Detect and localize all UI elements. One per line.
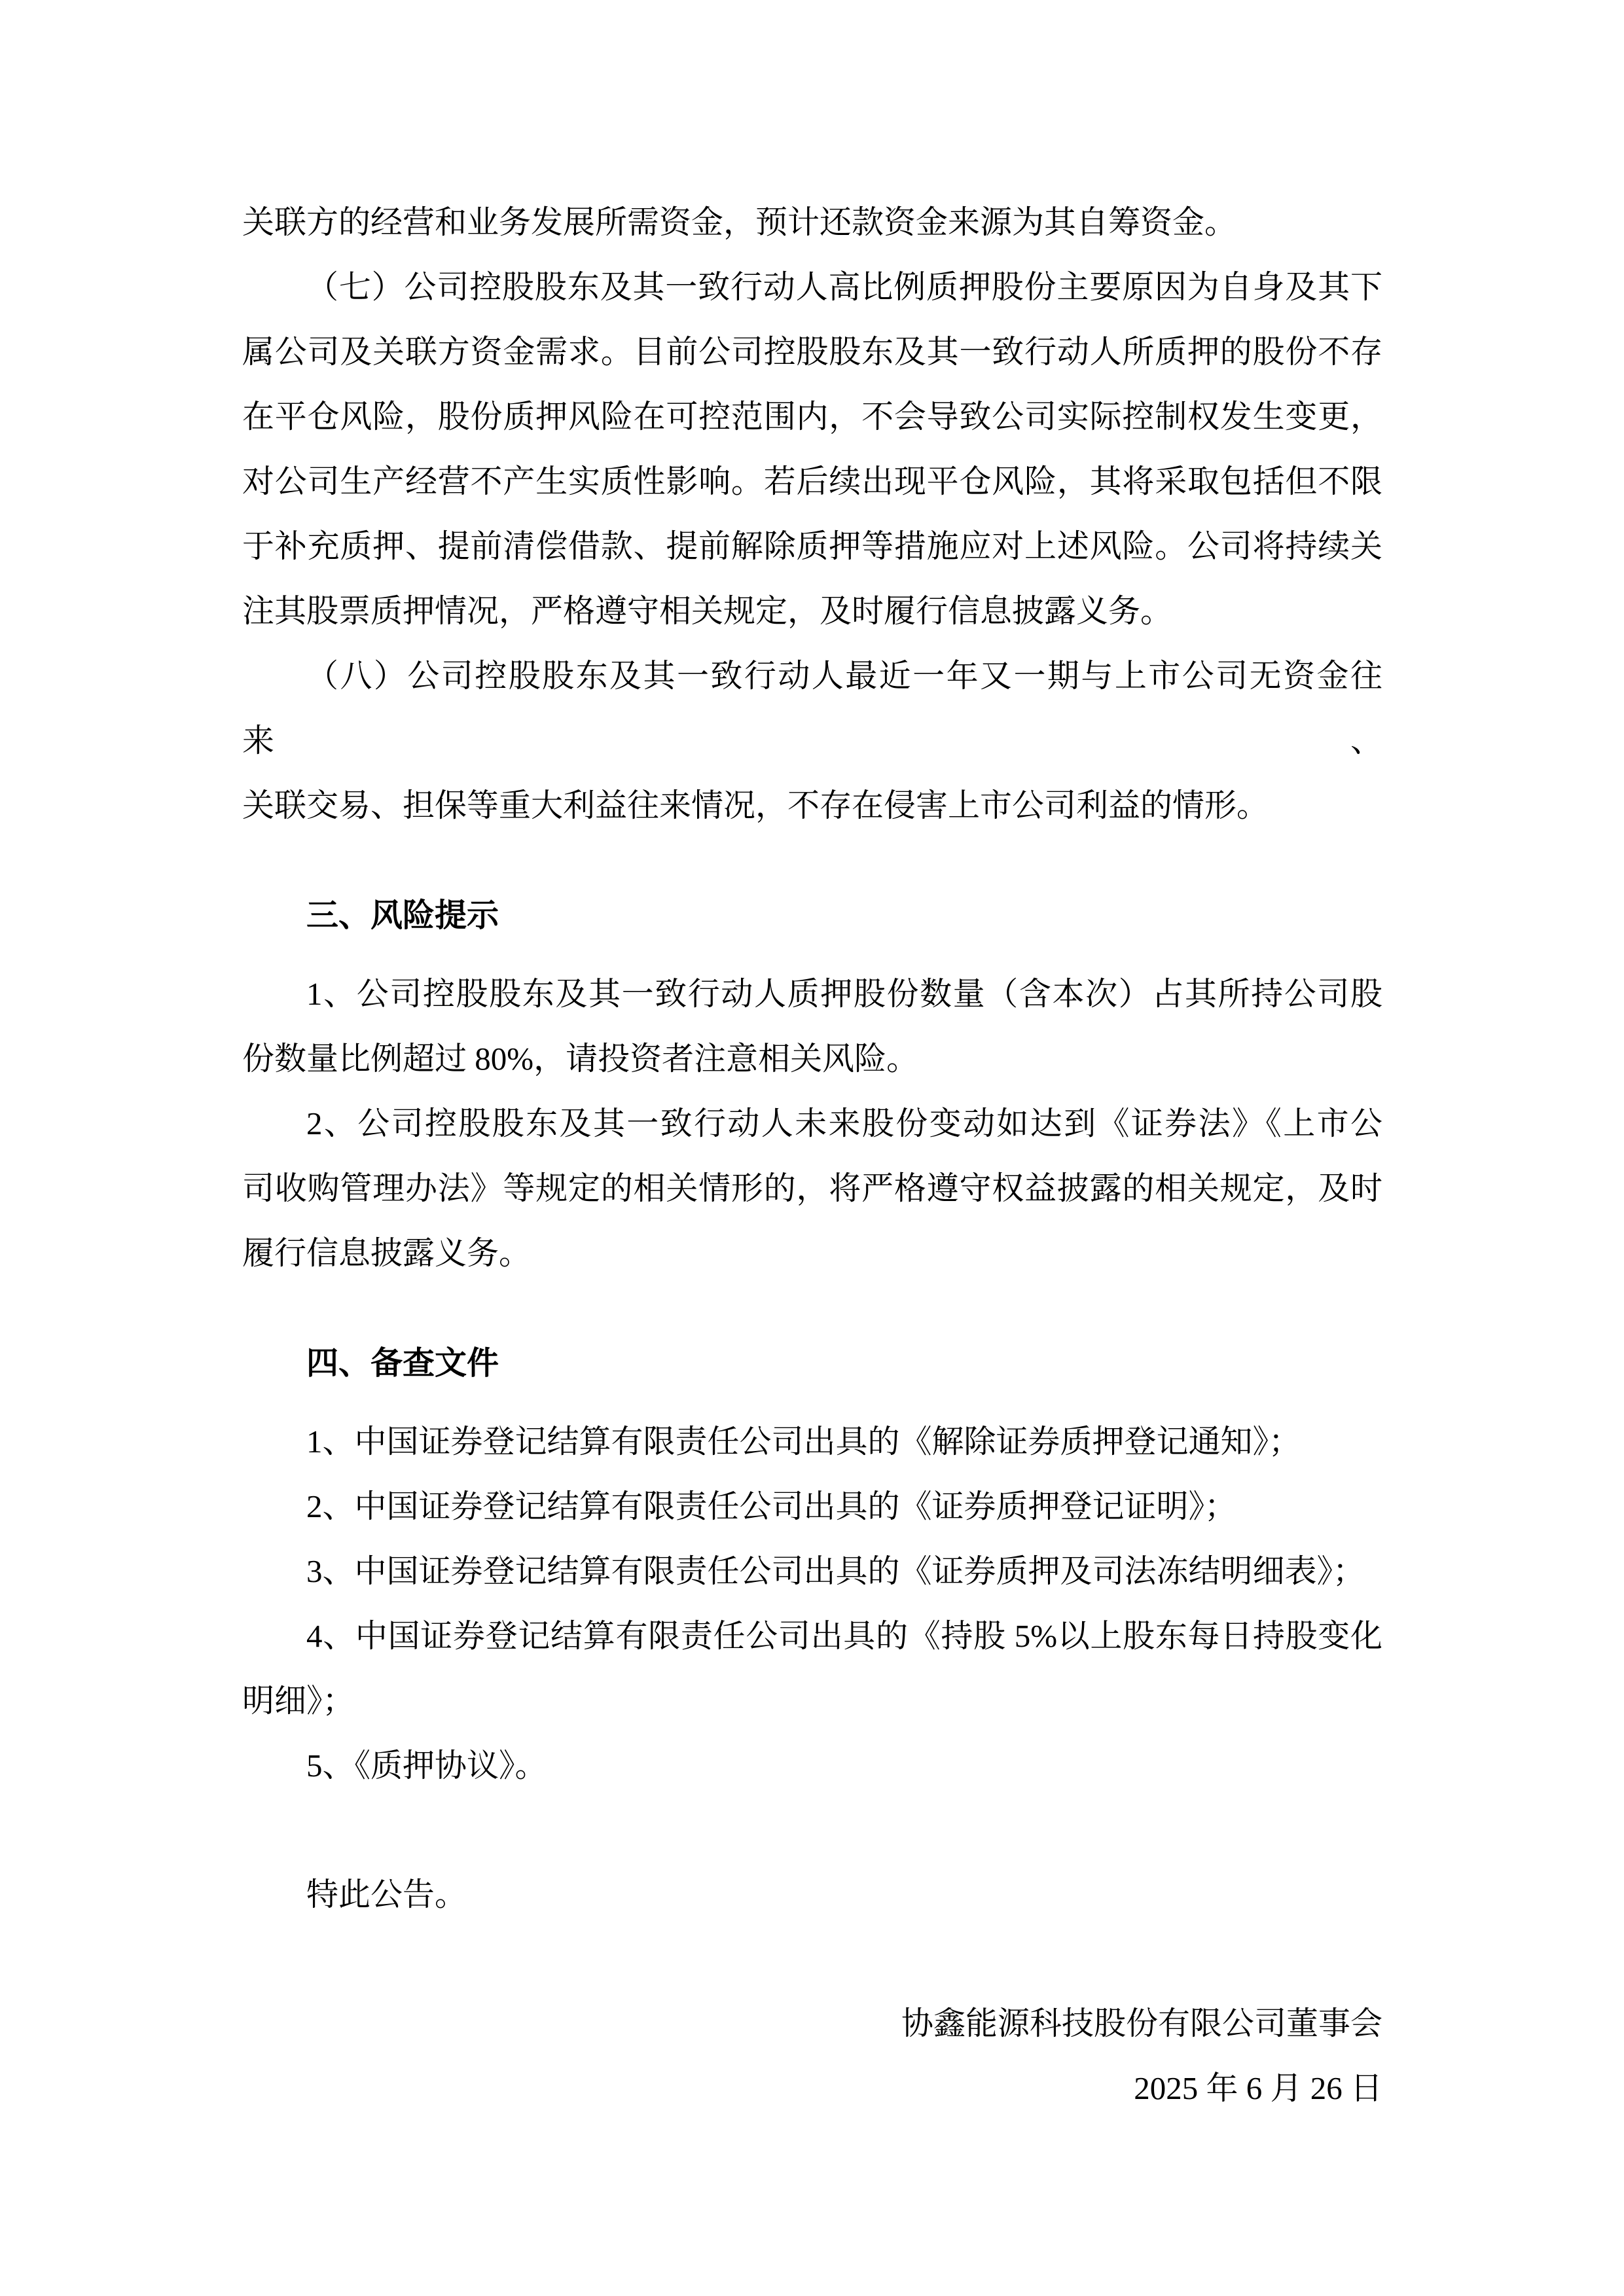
list-item-line: 明细》； — [242, 1668, 1382, 1733]
paragraph-line: 司收购管理办法》等规定的相关情形的，将严格遵守权益披露的相关规定，及时 — [242, 1156, 1382, 1221]
section-heading: 三、风险提示 — [242, 884, 1382, 948]
paragraph-line: 于补充质押、提前清偿借款、提前解除质押等措施应对上述风险。公司将持续关 — [242, 514, 1382, 579]
paragraph-line: 份数量比例超过 80%，请投资者注意相关风险。 — [242, 1026, 1382, 1091]
paragraph-line: 对公司生产经营不产生实质性影响。若后续出现平仓风险，其将采取包括但不限 — [242, 449, 1382, 514]
list-item-line: 1、中国证券登记结算有限责任公司出具的《解除证券质押登记通知》； — [242, 1409, 1382, 1474]
sign-off-line: 特此公告。 — [242, 1862, 1382, 1927]
paragraph-line: 1、公司控股股东及其一致行动人质押股份数量（含本次）占其所持公司股 — [242, 961, 1382, 1026]
date-line: 2025 年 6 月 26 日 — [242, 2056, 1382, 2121]
list-item-line: 4、中国证券登记结算有限责任公司出具的《持股 5%以上股东每日持股变化 — [242, 1604, 1382, 1668]
list-item-line: 3、中国证券登记结算有限责任公司出具的《证券质押及司法冻结明细表》； — [242, 1539, 1382, 1604]
paragraph-line: 2、公司控股股东及其一致行动人未来股份变动如达到《证券法》《上市公 — [242, 1091, 1382, 1156]
document-content: 关联方的经营和业务发展所需资金，预计还款资金来源为其自筹资金。（七）公司控股股东… — [242, 0, 1382, 2121]
paragraph-line: 关联交易、担保等重大利益往来情况，不存在侵害上市公司利益的情形。 — [242, 773, 1382, 838]
paragraph-line: 属公司及关联方资金需求。目前公司控股股东及其一致行动人所质押的股份不存 — [242, 319, 1382, 384]
signature-line: 协鑫能源科技股份有限公司董事会 — [242, 1991, 1382, 2056]
paragraph-line: 履行信息披露义务。 — [242, 1221, 1382, 1285]
paragraph-line: 关联方的经营和业务发展所需资金，预计还款资金来源为其自筹资金。 — [242, 190, 1382, 255]
document-page: 关联方的经营和业务发展所需资金，预计还款资金来源为其自筹资金。（七）公司控股股东… — [0, 0, 1624, 2296]
list-item-line: 2、中国证券登记结算有限责任公司出具的《证券质押登记证明》； — [242, 1474, 1382, 1539]
paragraph-line: 在平仓风险，股份质押风险在可控范围内，不会导致公司实际控制权发生变更， — [242, 384, 1382, 449]
list-item-line: 5、《质押协议》。 — [242, 1733, 1382, 1798]
paragraph-line: （七）公司控股股东及其一致行动人高比例质押股份主要原因为自身及其下 — [242, 255, 1382, 319]
section-heading: 四、备查文件 — [242, 1331, 1382, 1396]
paragraph-line: （八）公司控股股东及其一致行动人最近一年又一期与上市公司无资金往来、 — [242, 643, 1382, 773]
paragraph-line: 注其股票质押情况，严格遵守相关规定，及时履行信息披露义务。 — [242, 579, 1382, 643]
